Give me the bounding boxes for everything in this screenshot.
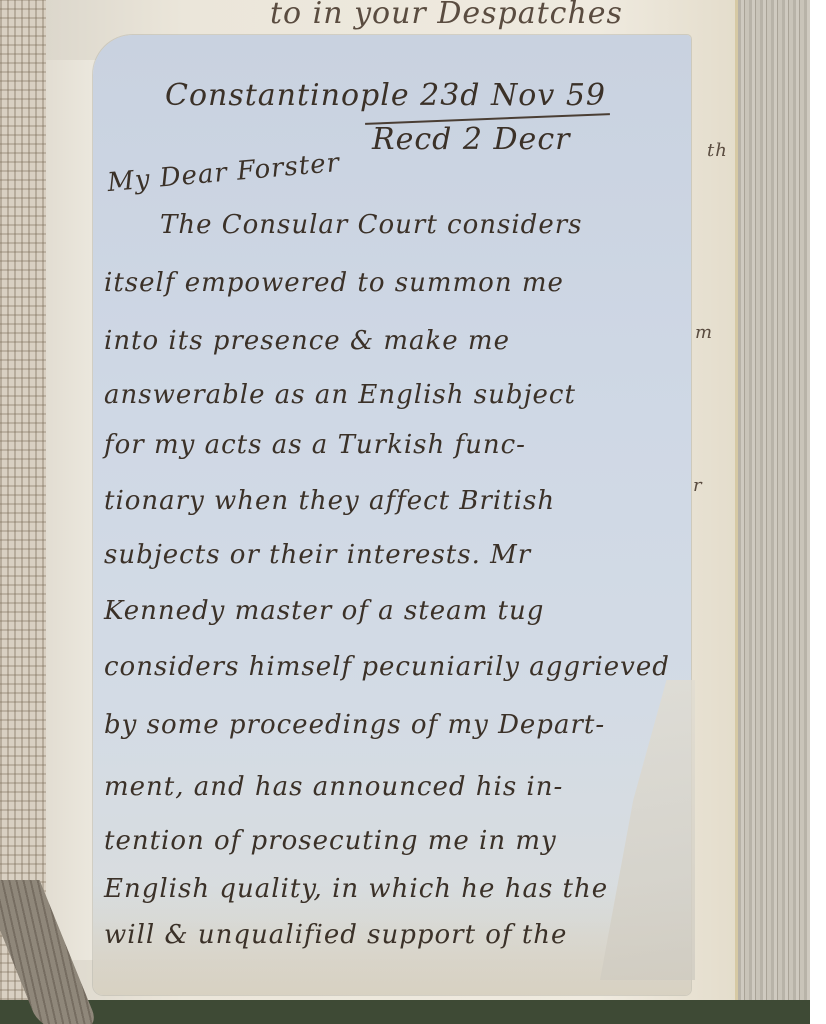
photo-scene: to in your Despatches th m r e Constanti…: [0, 0, 810, 1024]
letter-line: tionary when they affect British: [104, 486, 555, 516]
book-page-fold: [46, 60, 97, 960]
letter-line: for my acts as a Turkish func-: [104, 430, 526, 460]
letter-line: Kennedy master of a steam tug: [104, 596, 544, 626]
letter-line: by some proceedings of my Depart-: [104, 710, 605, 740]
letter-line: ment, and has announced his in-: [104, 772, 563, 802]
letter-line: into its presence & make me: [104, 326, 510, 356]
background-page-top-line: to in your Despatches: [270, 0, 623, 31]
letter-line: will & unqualified support of the: [104, 920, 567, 950]
letter-line: English quality, in which he has the: [104, 874, 608, 904]
received-note: Recd 2 Decr: [372, 122, 570, 157]
book-page-edges: [735, 0, 810, 1000]
letter-line: considers himself pecuniarily aggrieved: [104, 652, 670, 682]
letter-line: subjects or their interests. Mr: [104, 540, 531, 570]
margin-fragment: m: [695, 322, 713, 343]
image-border: [810, 0, 826, 1024]
margin-fragment: r: [693, 475, 703, 496]
letter-place-date: Constantinople 23d Nov 59: [165, 78, 606, 113]
margin-fragment: th: [707, 140, 728, 161]
cloth-bookmark: [0, 0, 46, 1000]
letter-line: tention of prosecuting me in my: [104, 826, 557, 856]
letter-line: itself empowered to summon me: [104, 268, 564, 298]
letter-line: The Consular Court considers: [160, 210, 582, 240]
letter-line: answerable as an English subject: [104, 380, 576, 410]
